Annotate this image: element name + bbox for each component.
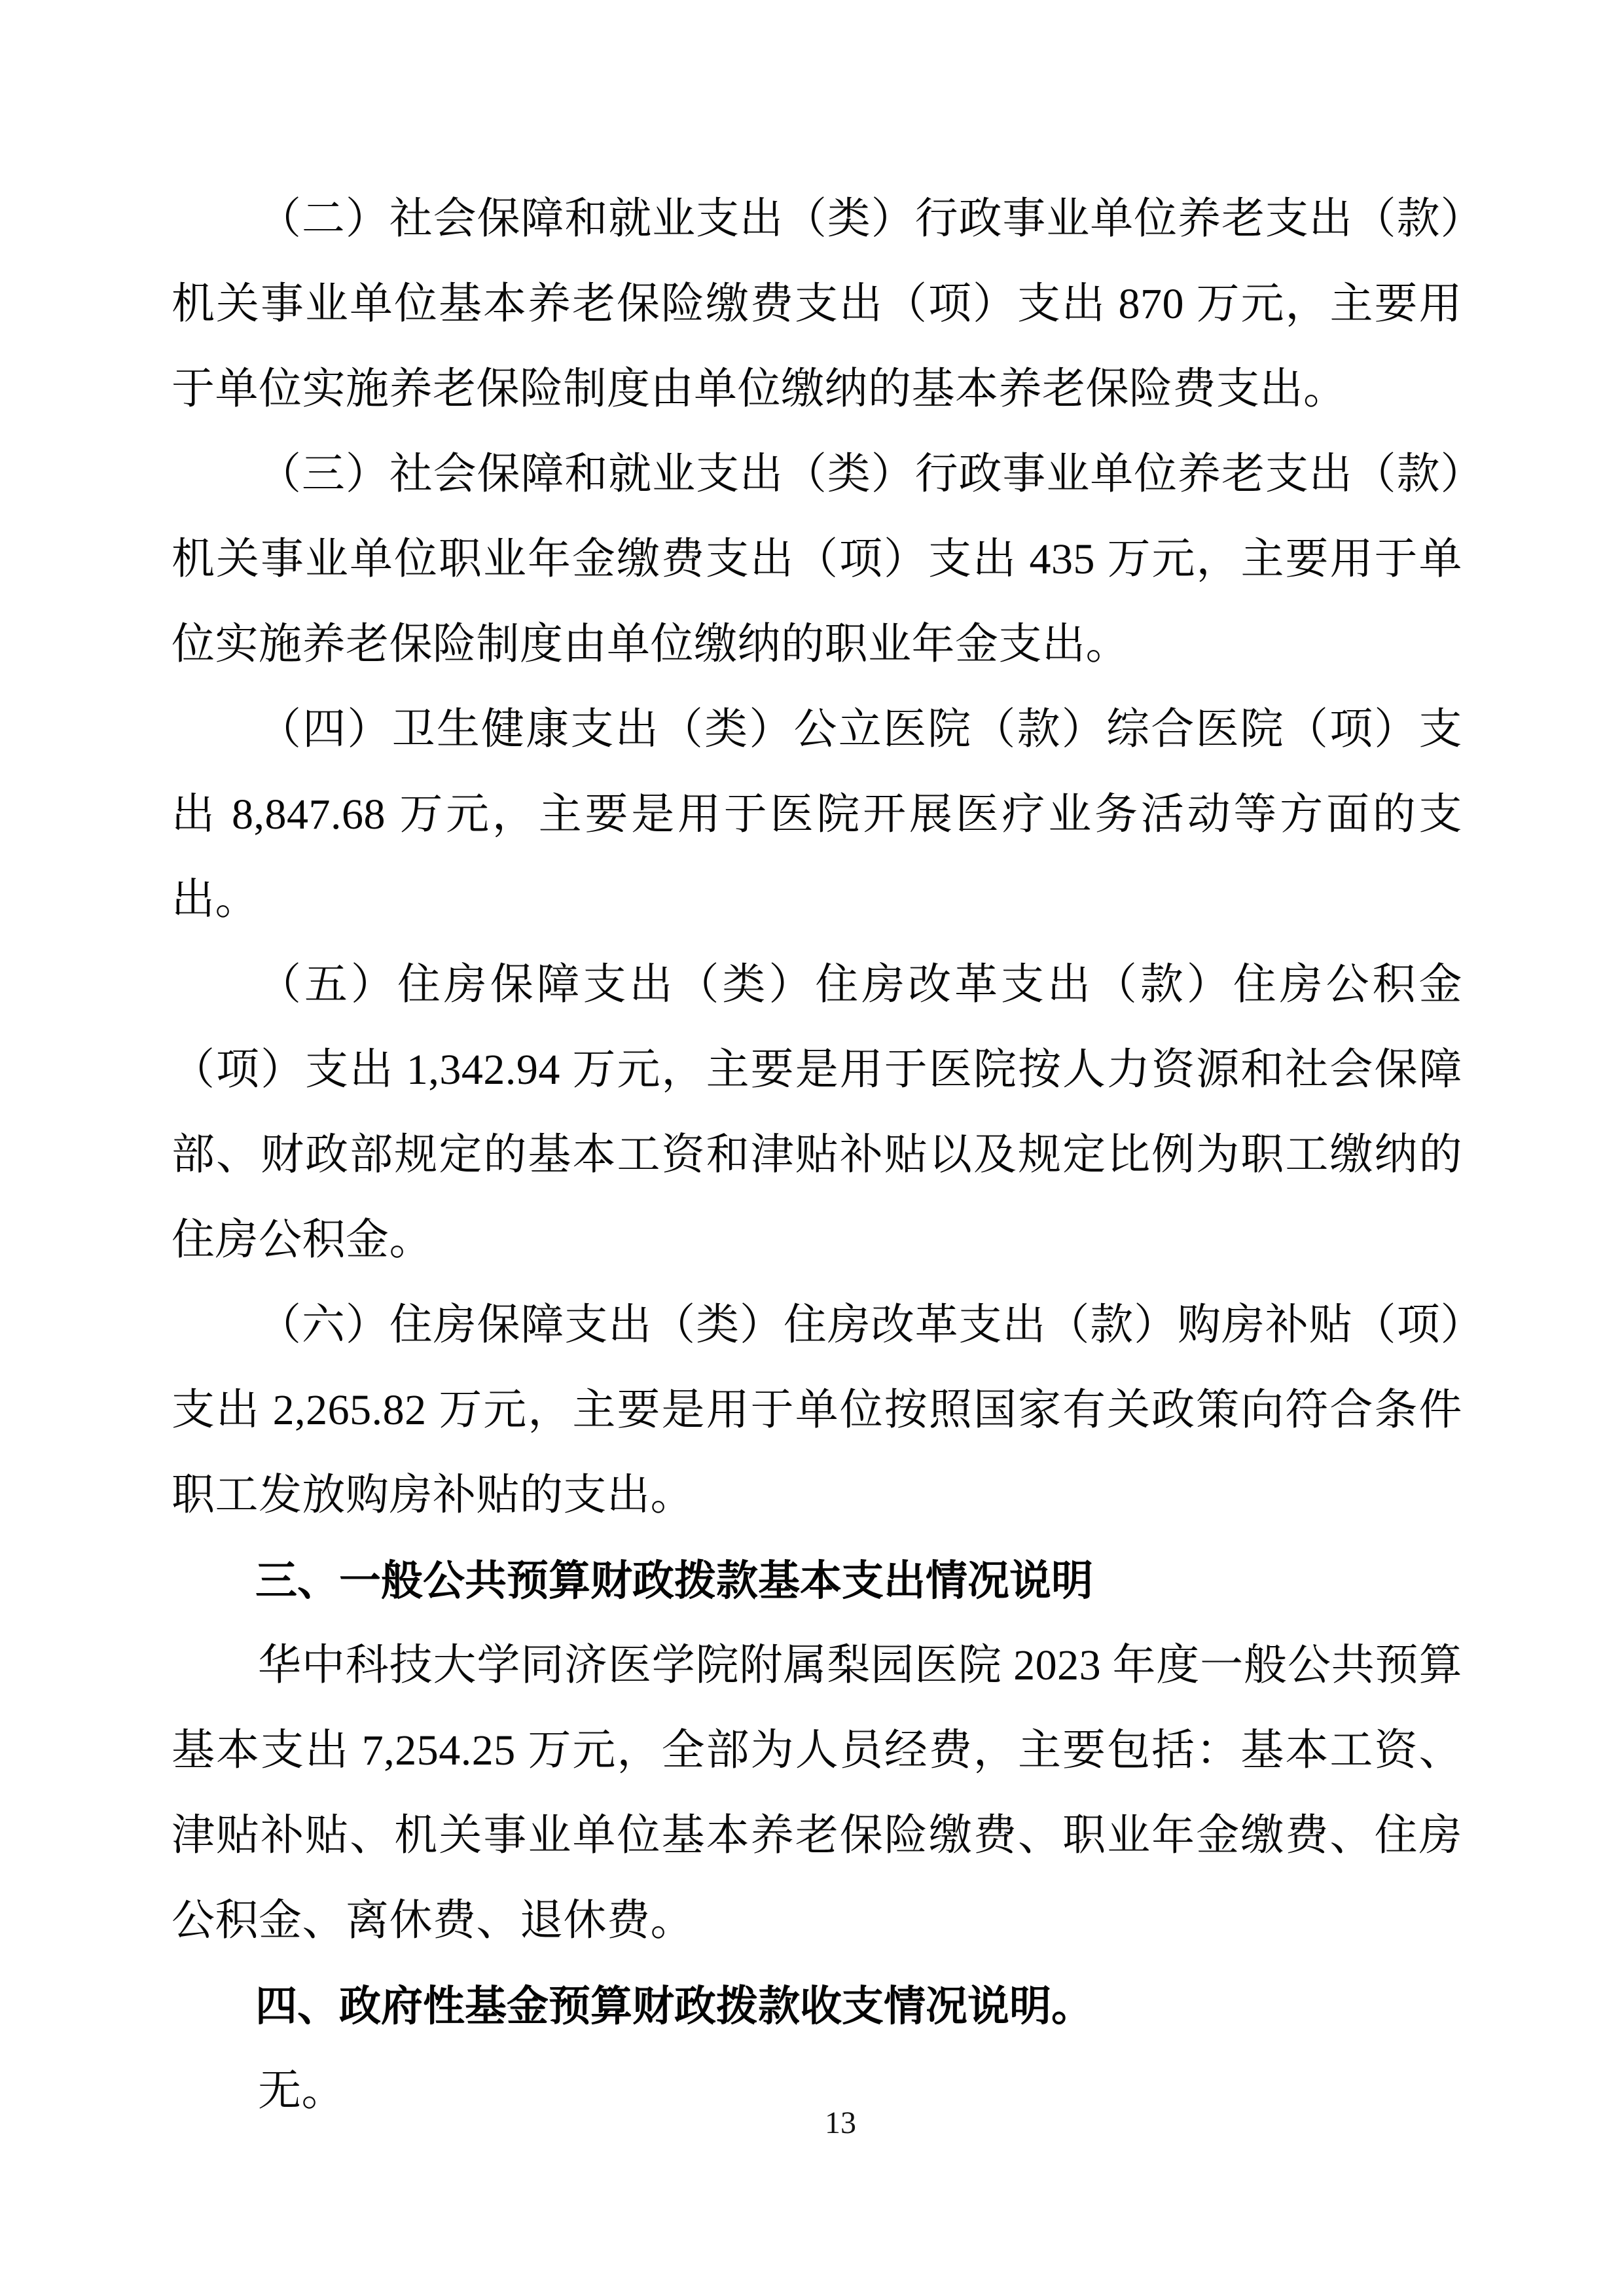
heading-government-fund-budget: 四、政府性基金预算财政拨款收支情况说明。	[171, 1964, 1462, 2049]
heading-general-budget-basic-expenditure: 三、一般公共预算财政拨款基本支出情况说明	[171, 1538, 1462, 1623]
paragraph-public-hospital-expenditure: （四）卫生健康支出（类）公立医院（款）综合医院（项）支出 8,847.68 万元…	[171, 687, 1462, 942]
paragraph-housing-fund-expenditure: （五）住房保障支出（类）住房改革支出（款）住房公积金（项）支出 1,342.94…	[171, 942, 1462, 1283]
paragraph-occupational-annuity-expenditure: （三）社会保障和就业支出（类）行政事业单位养老支出（款）机关事业单位职业年金缴费…	[171, 432, 1462, 687]
paragraph-pension-contribution-expenditure: （二）社会保障和就业支出（类）行政事业单位养老支出（款）机关事业单位基本养老保险…	[171, 177, 1462, 432]
document-body: （二）社会保障和就业支出（类）行政事业单位养老支出（款）机关事业单位基本养老保险…	[171, 177, 1462, 2134]
document-page: （二）社会保障和就业支出（类）行政事业单位养老支出（款）机关事业单位基本养老保险…	[0, 0, 1624, 2296]
paragraph-basic-expenditure-detail: 华中科技大学同济医学院附属梨园医院 2023 年度一般公共预算基本支出 7,25…	[171, 1623, 1462, 1964]
page-number: 13	[171, 2105, 1462, 2142]
paragraph-housing-subsidy-expenditure: （六）住房保障支出（类）住房改革支出（款）购房补贴（项）支出 2,265.82 …	[171, 1283, 1462, 1538]
